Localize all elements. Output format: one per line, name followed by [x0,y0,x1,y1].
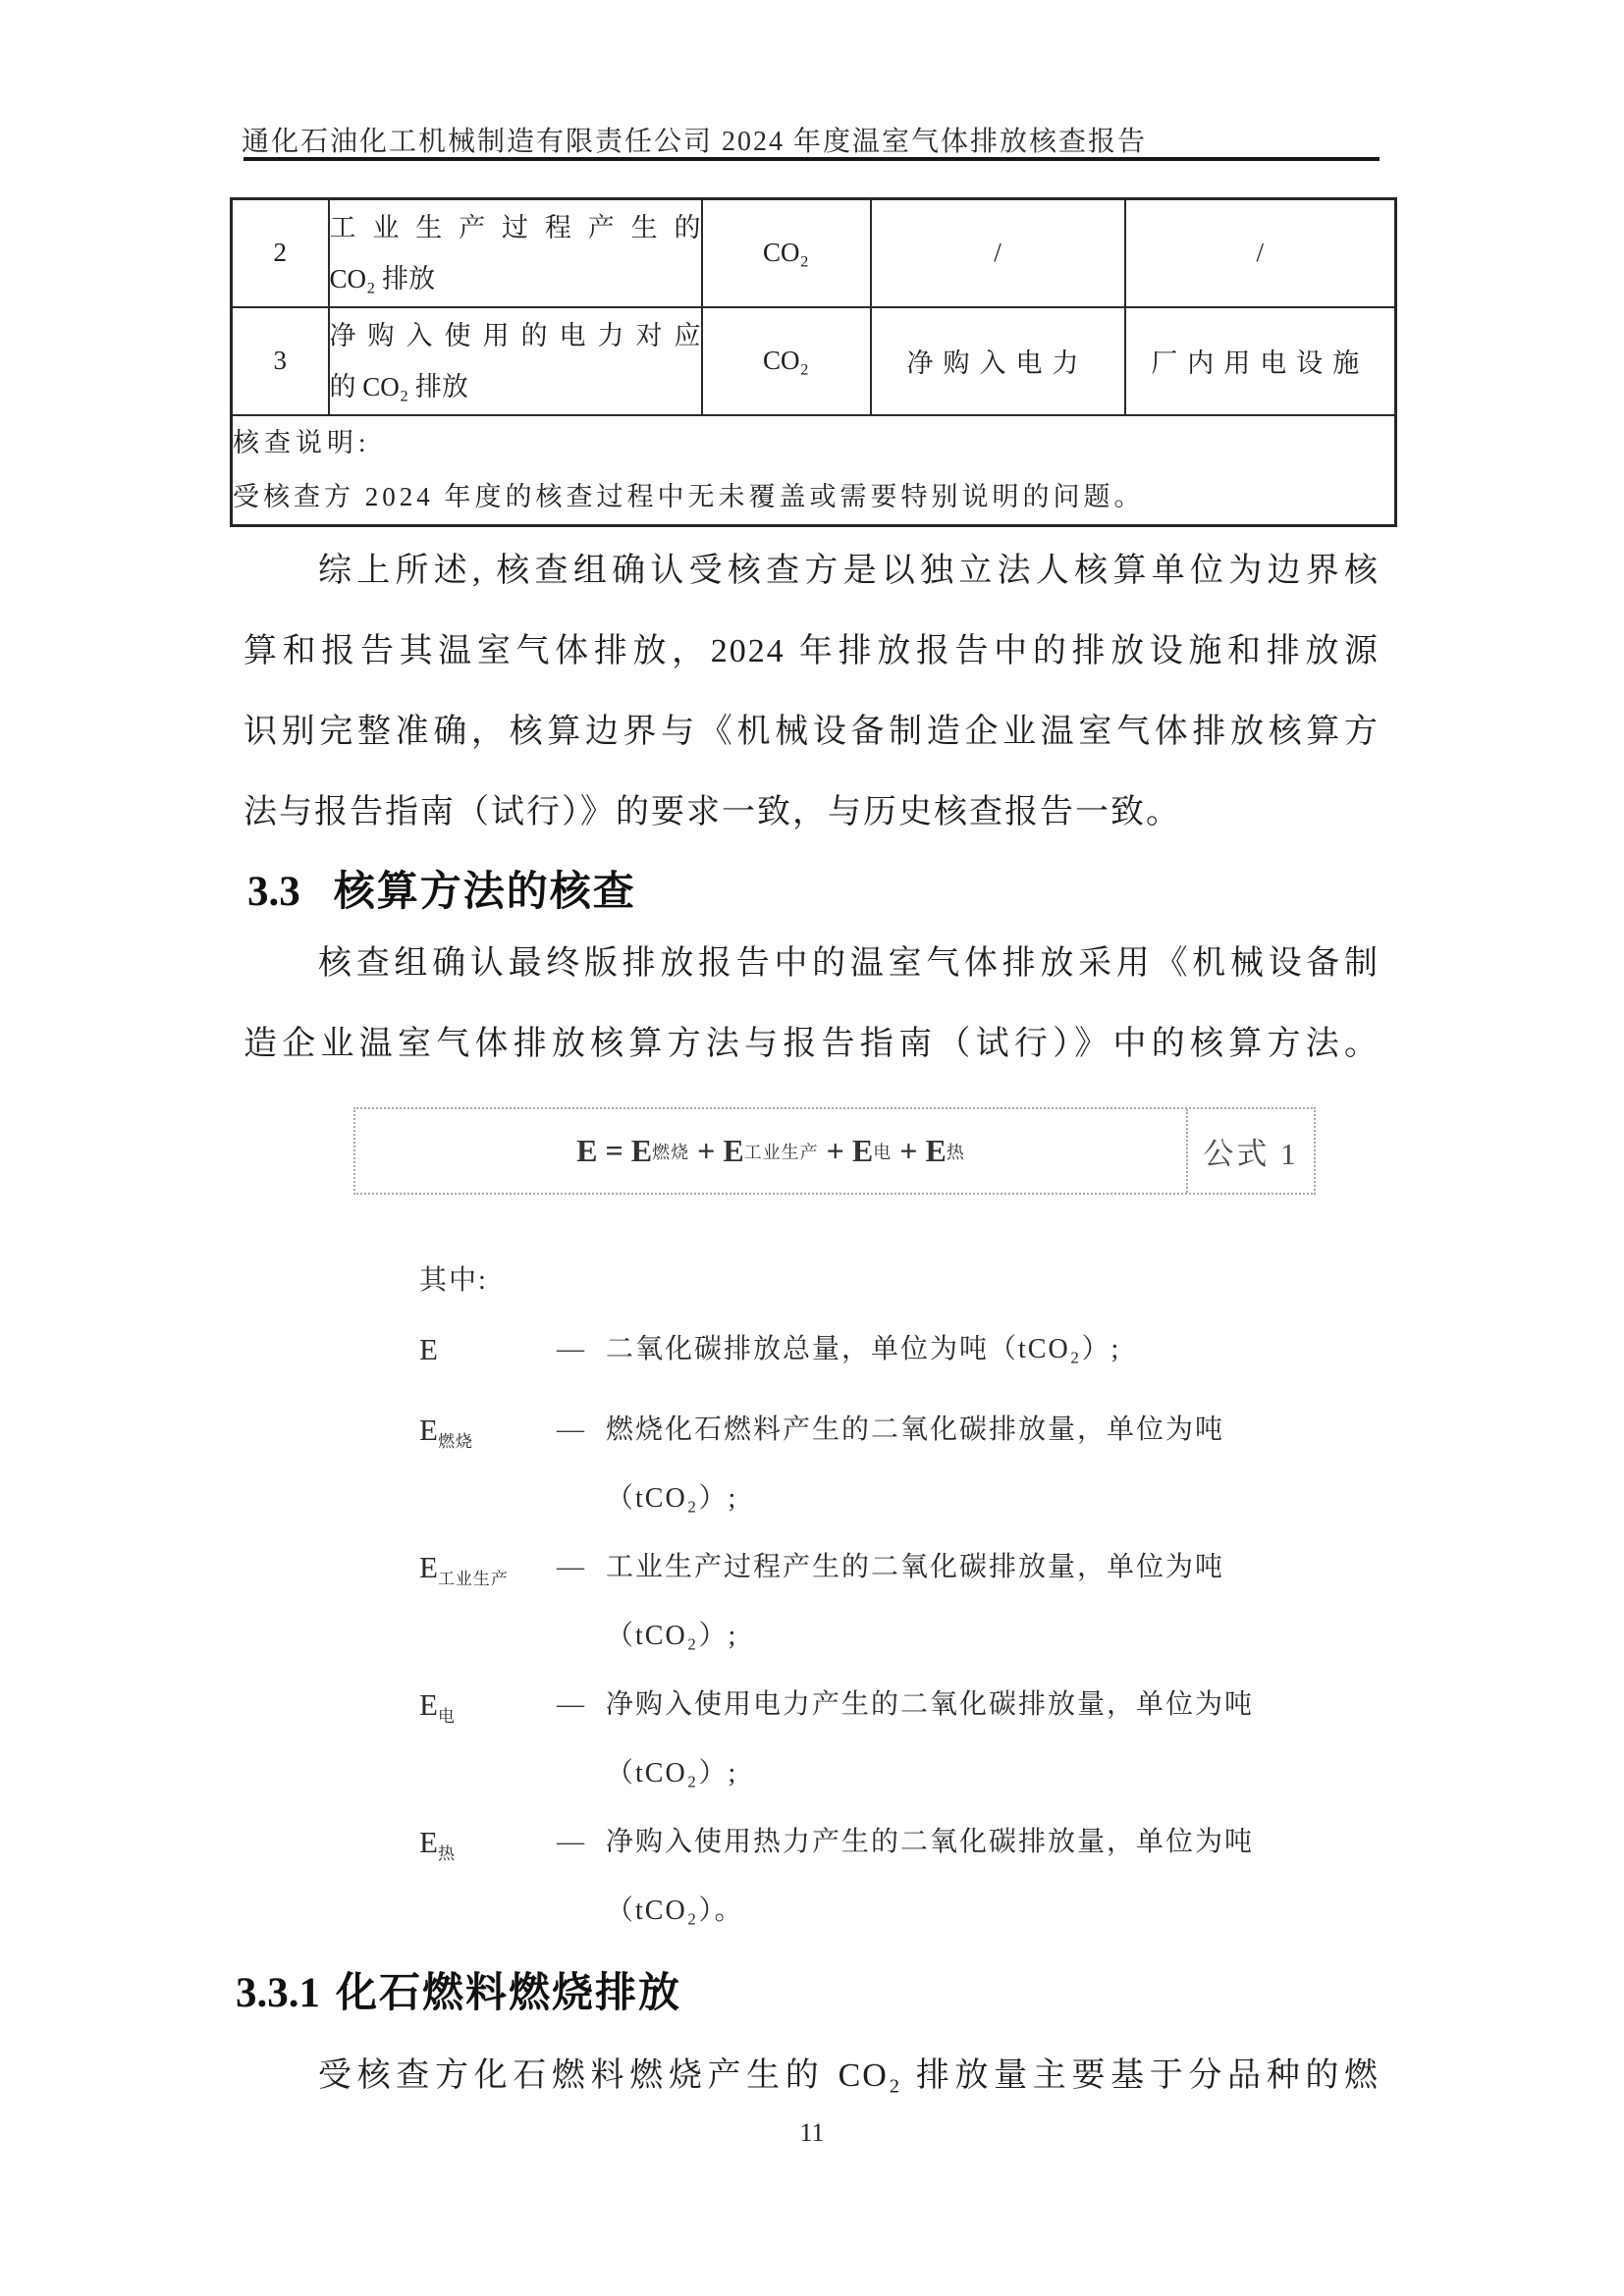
definition-term: E [419,1315,557,1396]
section-title: 核算方法的核查 [334,868,636,914]
definition-row: E燃烧 — 燃烧化石燃料产生的二氧化碳排放量，单位为吨 （tCO₂）; [419,1396,1283,1533]
definition-term: E工业生产 [419,1533,557,1671]
method-paragraph: 核查组确认最终版排放报告中的温室气体排放采用《机械设备制 造企业温室气体排放核算… [244,924,1380,1085]
table-note-row: 核查说明: 受核查方 2024 年度的核查过程中无未覆盖或需要特别说明的问题。 [232,415,1396,526]
row-number-cell: 3 [232,307,329,415]
definition-text: 工业生产过程产生的二氧化碳排放量，单位为吨 （tCO₂）; [606,1533,1283,1671]
section-title: 化石燃料燃烧排放 [336,1969,681,2015]
paragraph-line: 综上所述, 核查组确认受核查方是以独立法人核算单位为边界核 [244,531,1380,612]
section-number: 3.3 [247,869,300,915]
definition-row: E工业生产 — 工业生产过程产生的二氧化碳排放量，单位为吨 （tCO₂）; [419,1533,1283,1671]
symbol-definitions: 其中: E — 二氧化碳排放总量，单位为吨（tCO₂）; E燃烧 — 燃烧化石燃… [419,1247,1283,1946]
paragraph-line: 受核查方化石燃料燃烧产生的 CO₂ 排放量主要基于分品种的燃 [244,2036,1380,2116]
paragraph-line: 算和报告其温室气体排放，2024 年排放报告中的排放设施和排放源 [244,612,1380,692]
definition-term: E燃烧 [419,1396,557,1533]
note-text: 受核查方 2024 年度的核查过程中无未覆盖或需要特别说明的问题。 [233,470,1394,524]
source-cell: 净购入电力 [871,307,1125,415]
definition-text: 燃烧化石燃料产生的二氧化碳排放量，单位为吨 （tCO₂）; [606,1396,1283,1533]
row-number-cell: 2 [232,199,329,307]
verification-note-cell: 核查说明: 受核查方 2024 年度的核查过程中无未覆盖或需要特别说明的问题。 [232,415,1396,526]
section-heading-3-3-1: 3.3.1化石燃料燃烧排放 [236,1969,681,2026]
paragraph-line: 识别完整准确，核算边界与《机械设备制造企业温室气体排放核算方 [244,692,1380,773]
paragraph-line: 核查组确认最终版排放报告中的温室气体排放采用《机械设备制 [244,924,1380,1004]
emission-sources-table: 2 工业生产过程产生的 CO₂ 排放 CO₂ / / 3 净购入使用的电力对应 … [230,197,1397,527]
facility-cell: / [1125,199,1396,307]
table-row-3: 3 净购入使用的电力对应 的 CO₂ 排放 CO₂ 净购入电力 厂内用电设施 [232,307,1396,415]
formula-number-label: 公式 1 [1186,1109,1314,1193]
gas-cell: CO₂ [702,307,871,415]
paragraph-line: 法与报告指南（试行）》的要求一致，与历史核查报告一致。 [244,773,1380,853]
definition-row: E热 — 净购入使用热力产生的二氧化碳排放量，单位为吨 （tCO₂）。 [419,1808,1283,1946]
emission-desc-cell: 净购入使用的电力对应 的 CO₂ 排放 [329,307,702,415]
page-header-title: 通化石油化工机械制造有限责任公司 2024 年度温室气体排放核查报告 [242,120,1147,159]
definition-text: 净购入使用电力产生的二氧化碳排放量，单位为吨 （tCO₂）; [606,1671,1283,1808]
section-number: 3.3.1 [236,1970,320,2016]
emission-desc-line2: CO₂ 排放 [330,253,701,304]
source-cell: / [871,199,1125,307]
definition-dash: — [557,1315,606,1396]
definition-row: E — 二氧化碳排放总量，单位为吨（tCO₂）; [419,1315,1283,1396]
table-row-2: 2 工业生产过程产生的 CO₂ 排放 CO₂ / / [232,199,1396,307]
definition-text: 净购入使用热力产生的二氧化碳排放量，单位为吨 （tCO₂）。 [606,1808,1283,1946]
definition-dash: — [557,1671,606,1808]
definition-term: E电 [419,1671,557,1808]
fossil-fuel-paragraph: 受核查方化石燃料燃烧产生的 CO₂ 排放量主要基于分品种的燃 [244,2036,1380,2116]
emission-desc-line1: 工业生产过程产生的 [330,202,701,253]
definition-dash: — [557,1396,606,1533]
page-number: 11 [0,2118,1624,2148]
paragraph-line: 造企业温室气体排放核算方法与报告指南（试行）》中的核算方法。 [244,1004,1380,1085]
emission-desc-line1: 净购入使用的电力对应 [330,310,701,361]
document-page: 通化石油化工机械制造有限责任公司 2024 年度温室气体排放核查报告 2 工业生… [0,0,1624,2296]
note-label: 核查说明: [233,416,1394,470]
definition-text: 二氧化碳排放总量，单位为吨（tCO₂）; [606,1315,1283,1396]
section-heading-3-3: 3.3核算方法的核查 [247,868,636,925]
definitions-intro: 其中: [419,1247,1283,1315]
facility-cell: 厂内用电设施 [1125,307,1396,415]
gas-cell: CO₂ [702,199,871,307]
formula-box: E = E燃烧 + E工业生产 + E电 + E热 公式 1 [353,1107,1316,1195]
formula-expression: E = E燃烧 + E工业生产 + E电 + E热 [355,1109,1186,1193]
emission-desc-line2: 的 CO₂ 排放 [330,361,701,412]
definition-row: E电 — 净购入使用电力产生的二氧化碳排放量，单位为吨 （tCO₂）; [419,1671,1283,1808]
definition-dash: — [557,1808,606,1946]
summary-paragraph: 综上所述, 核查组确认受核查方是以独立法人核算单位为边界核 算和报告其温室气体排… [244,531,1380,853]
header-rule [244,157,1380,161]
definition-term: E热 [419,1808,557,1946]
definition-dash: — [557,1533,606,1671]
emission-desc-cell: 工业生产过程产生的 CO₂ 排放 [329,199,702,307]
